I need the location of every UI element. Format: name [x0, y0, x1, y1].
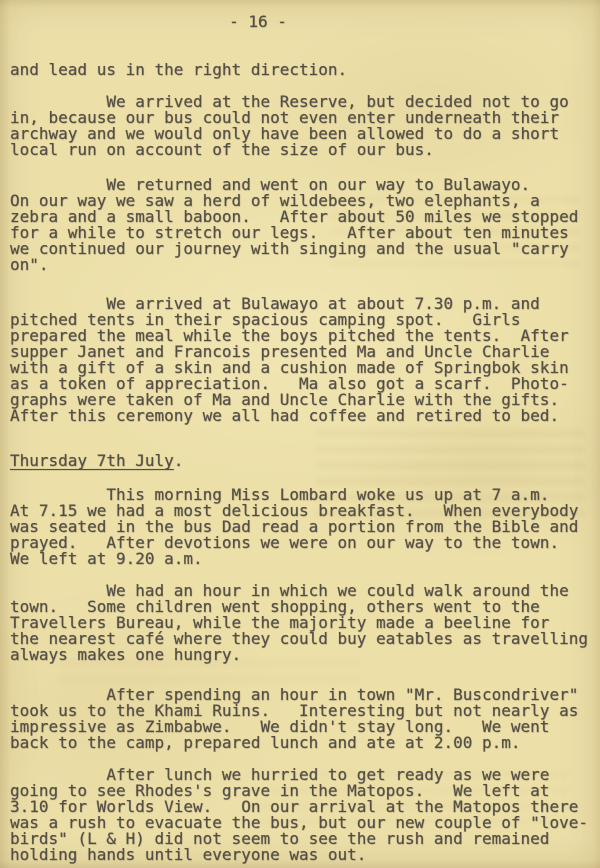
- paragraph: After lunch we hurried to get ready as w…: [10, 767, 600, 863]
- paragraph: This morning Miss Lombard woke us up at …: [10, 487, 600, 567]
- paragraph: After spending an hour in town "Mr. Busc…: [10, 687, 600, 751]
- document-page: - 16 - and lead us in the right directio…: [0, 0, 600, 868]
- paragraph: We returned and went on our way to Bulaw…: [10, 177, 600, 273]
- section-heading-text: Thursday 7th July: [10, 451, 174, 470]
- section-heading-period: .: [174, 451, 184, 470]
- paragraph-continuation-line: and lead us in the right direction.: [10, 62, 600, 78]
- typed-text-area: - 16 - and lead us in the right directio…: [0, 0, 600, 868]
- paragraph: We arrived at the Reserve, but decided n…: [10, 94, 600, 158]
- paragraph: We had an hour in which we could walk ar…: [10, 583, 600, 663]
- section-heading: Thursday 7th July.: [10, 453, 600, 469]
- page-number: - 16 -: [10, 14, 506, 30]
- paragraph: We arrived at Bulawayo at about 7.30 p.m…: [10, 296, 600, 424]
